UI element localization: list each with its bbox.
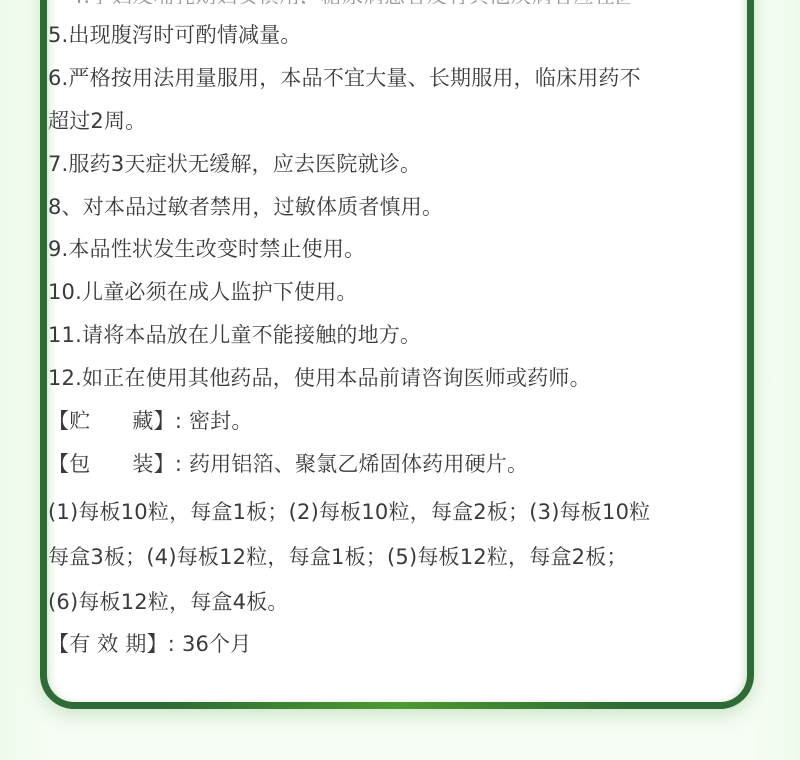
precaution-item: 11.请将本品放在儿童不能接触的地方。 bbox=[48, 321, 421, 349]
precaution-item: 7.服药3天症状无缓解，应去医院就诊。 bbox=[48, 150, 421, 178]
label-char: 藏 bbox=[132, 409, 153, 433]
validity-row: 【有 效 期】: 36个月 bbox=[48, 630, 251, 658]
label-char: 包 bbox=[69, 452, 90, 476]
validity-value: 36个月 bbox=[182, 632, 252, 656]
validity-label: 【有 效 期】 bbox=[48, 632, 168, 656]
storage-row: 【贮藏】 : 密封。 bbox=[48, 407, 253, 435]
precaution-item: 8、对本品过敏者禁用，过敏体质者慎用。 bbox=[48, 193, 443, 221]
partial-top-line: 4.孕妇及哺乳期妇女慎用，糖尿病患者及有其他疾病者应在医师指导下服用。 bbox=[70, 0, 630, 4]
package-row: 【包装】 : 药用铝箔、聚氯乙烯固体药用硬片。 bbox=[48, 450, 528, 478]
label-char: 装 bbox=[132, 452, 153, 476]
separator: : bbox=[175, 409, 182, 433]
package-value: 药用铝箔、聚氯乙烯固体药用硬片。 bbox=[189, 452, 528, 476]
precaution-item: 6.严格按用法用量服用，本品不宜大量、长期服用，临床用药不 bbox=[48, 64, 641, 92]
package-label: 【包装】 bbox=[48, 450, 175, 478]
label-char: 贮 bbox=[69, 409, 90, 433]
precaution-item-continued: 超过2周。 bbox=[48, 107, 146, 135]
precaution-item: 10.儿童必须在成人监护下使用。 bbox=[48, 278, 358, 306]
package-spec-line: (1)每板10粒，每盒1板；(2)每板10粒，每盒2板；(3)每板10粒 bbox=[48, 498, 650, 526]
separator: : bbox=[175, 452, 182, 476]
precaution-item: 12.如正在使用其他药品，使用本品前请咨询医师或药师。 bbox=[48, 364, 591, 392]
precaution-item: 9.本品性状发生改变时禁止使用。 bbox=[48, 235, 365, 263]
bracket-close: 】 bbox=[154, 452, 175, 476]
package-spec-line: (6)每板12粒，每盒4板。 bbox=[48, 588, 289, 616]
package-spec-line: 每盒3板；(4)每板12粒，每盒1板；(5)每板12粒，每盒2板； bbox=[48, 543, 628, 571]
bracket-close: 】 bbox=[154, 409, 175, 433]
bracket-open: 【 bbox=[48, 409, 69, 433]
separator: : bbox=[168, 632, 175, 656]
storage-label: 【贮藏】 bbox=[48, 407, 175, 435]
storage-value: 密封。 bbox=[189, 409, 253, 433]
precaution-item: 5.出现腹泻时可酌情减量。 bbox=[48, 21, 302, 49]
bracket-open: 【 bbox=[48, 452, 69, 476]
